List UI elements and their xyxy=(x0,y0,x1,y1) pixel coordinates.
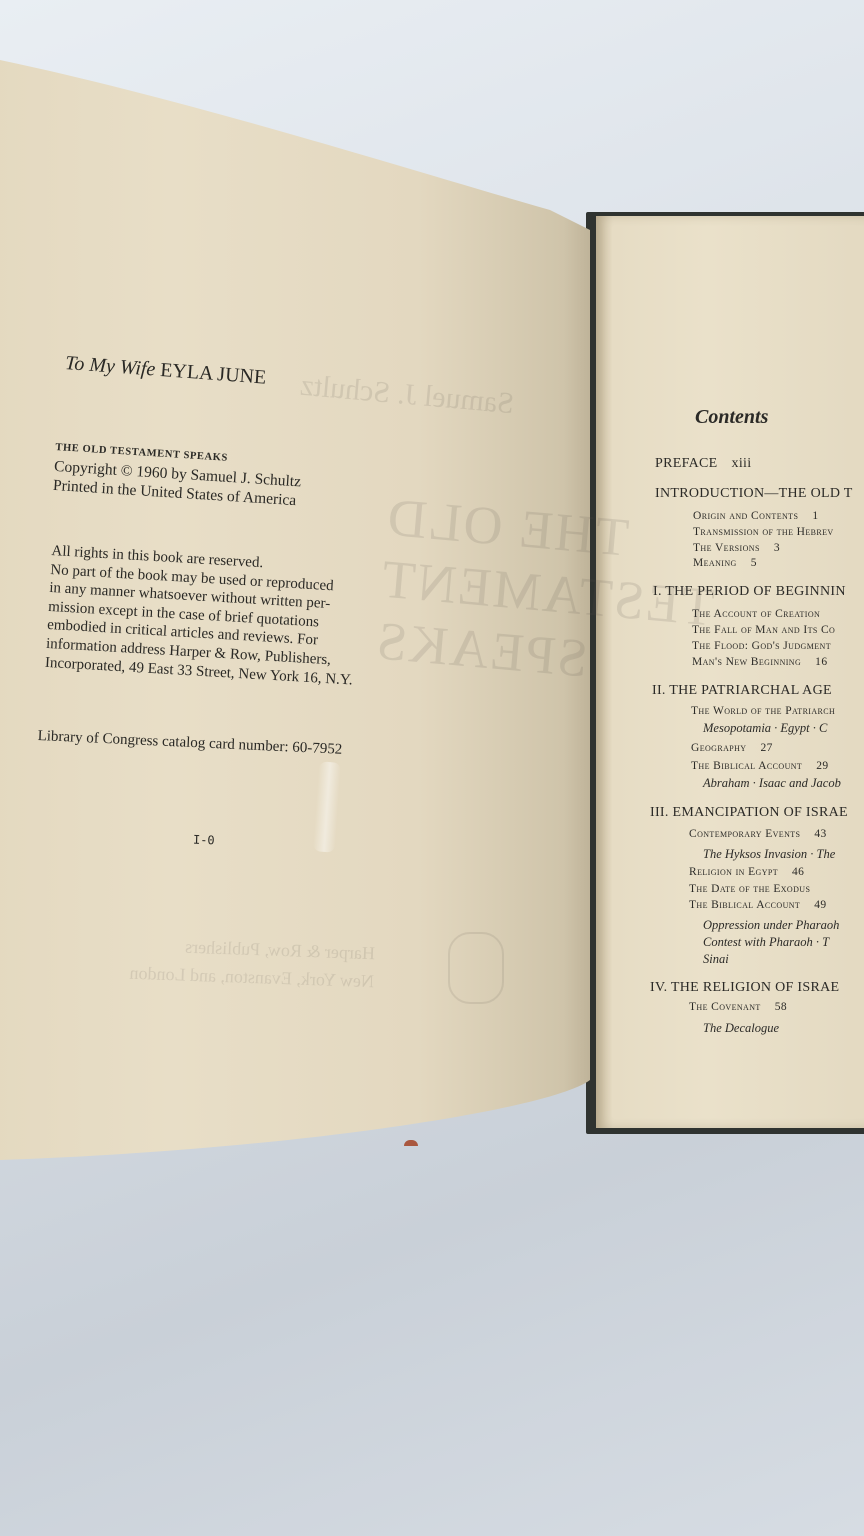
toc-entry: The Fall of Man and Its Co xyxy=(692,624,835,636)
toc-entry-label: The Fall of Man and Its Co xyxy=(692,624,835,636)
toc-entry-page: 43 xyxy=(814,828,826,840)
toc-entry-label: The Hyksos Invasion · The xyxy=(703,847,835,861)
toc-entry: Contemporary Events43 xyxy=(689,828,827,840)
toc-entry-page: 1 xyxy=(812,510,818,522)
toc-entry: Contest with Pharaoh · T xyxy=(703,935,829,950)
toc-entry: The Date of the Exodus xyxy=(689,883,810,895)
toc-entry: Geography27 xyxy=(691,742,773,754)
toc-entry: III. EMANCIPATION OF ISRAE xyxy=(650,805,848,821)
toc-entry: The Hyksos Invasion · The xyxy=(703,847,835,862)
toc-entry: The World of the Patriarch xyxy=(691,705,835,717)
toc-entry: The Flood: God's Judgment xyxy=(692,640,831,652)
toc-entry: Abraham · Isaac and Jacob xyxy=(703,776,841,791)
toc-entry: Religion in Egypt46 xyxy=(689,866,804,878)
toc-entry-label: The Decalogue xyxy=(703,1021,779,1035)
toc-entry: The Biblical Account49 xyxy=(689,899,827,911)
print-code: I-0 xyxy=(193,833,215,848)
toc-entry-label: The Flood: God's Judgment xyxy=(692,640,831,652)
toc-entry-page: 3 xyxy=(774,542,780,554)
toc-entry-page: 29 xyxy=(816,760,828,772)
photo-scene: Contents PREFACExiiiINTRODUCTION—THE OLD… xyxy=(0,0,864,1536)
toc-entry: Oppression under Pharaoh xyxy=(703,918,839,933)
toc-entry: PREFACExiii xyxy=(655,456,751,472)
toc-entry: The Decalogue xyxy=(703,1021,779,1036)
toc-entry-label: Geography xyxy=(691,742,746,754)
toc-entry-label: The World of the Patriarch xyxy=(691,705,835,717)
bleed-through-publisher-logo-icon xyxy=(448,932,504,1004)
toc-entry: The Covenant58 xyxy=(689,1001,787,1013)
price-sticker-edge xyxy=(404,1140,418,1146)
toc-entry: The Biblical Account29 xyxy=(691,760,829,772)
toc-entry-label: The Covenant xyxy=(689,1001,761,1013)
toc-entry: IV. THE RELIGION OF ISRAE xyxy=(650,980,839,996)
contents-heading: Contents xyxy=(695,406,768,429)
toc-entry-label: Sinai xyxy=(703,952,729,966)
bleed-through-title: THE OLD TESTAMENT SPEAKS xyxy=(373,486,723,700)
toc-entry-label: Religion in Egypt xyxy=(689,866,778,878)
toc-entry-label: Contest with Pharaoh · T xyxy=(703,935,829,949)
toc-entry-page: 46 xyxy=(792,866,804,878)
toc-entry: Mesopotamia · Egypt · C xyxy=(703,721,827,736)
toc-entry-label: The Biblical Account xyxy=(689,899,800,911)
toc-entry: Sinai xyxy=(703,952,729,967)
toc-entry-page: 16 xyxy=(815,656,827,668)
toc-entry-label: Oppression under Pharaoh xyxy=(703,918,839,932)
toc-entry-label: The Biblical Account xyxy=(691,760,802,772)
toc-entry-label: Mesopotamia · Egypt · C xyxy=(703,721,827,735)
toc-entry-label: The Date of the Exodus xyxy=(689,883,810,895)
toc-entry-label: INTRODUCTION—THE OLD T xyxy=(655,486,853,501)
toc-entry-label: IV. THE RELIGION OF ISRAE xyxy=(650,980,839,995)
toc-entry-label: III. EMANCIPATION OF ISRAE xyxy=(650,805,848,820)
toc-entry-page: 5 xyxy=(751,557,757,569)
toc-entry-page: xiii xyxy=(732,456,752,472)
toc-entry: Man's New Beginning16 xyxy=(692,656,827,668)
bleed-through-publisher: Harper & Row, Publishers New York, Evans… xyxy=(129,931,375,995)
toc-entry-label: Contemporary Events xyxy=(689,828,800,840)
toc-entry-page: 27 xyxy=(760,742,772,754)
toc-entry-label: Abraham · Isaac and Jacob xyxy=(703,776,841,790)
toc-entry: INTRODUCTION—THE OLD T xyxy=(655,486,853,502)
rights-statement: All rights in this book are reserved. No… xyxy=(45,542,360,690)
toc-entry-label: PREFACE xyxy=(655,456,718,471)
toc-entry-page: 49 xyxy=(814,899,826,911)
toc-entry-page: 58 xyxy=(775,1001,787,1013)
